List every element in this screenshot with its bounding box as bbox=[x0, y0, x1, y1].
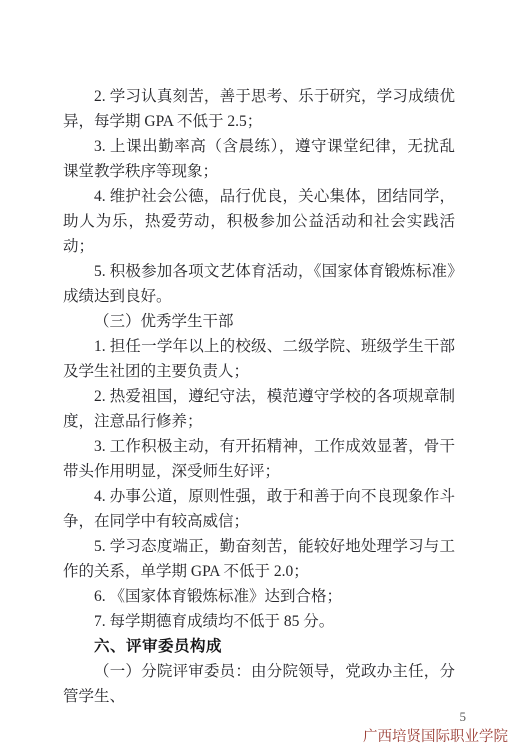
paragraph: 2. 热爱祖国，遵纪守法，模范遵守学校的各项规章制度，注意品行修养； bbox=[63, 384, 455, 434]
school-name-watermark: 广西培贤国际职业学院 bbox=[363, 725, 508, 746]
paragraph: 3. 工作积极主动，有开拓精神，工作成效显著，骨干带头作用明显，深受师生好评； bbox=[63, 434, 455, 484]
paragraph: 3. 上课出勤率高（含晨练），遵守课堂纪律，无扰乱课堂教学秩序等现象； bbox=[63, 134, 455, 184]
paragraph: 5. 积极参加各项文艺体育活动，《国家体育锻炼标准》成绩达到良好。 bbox=[63, 259, 455, 309]
paragraph: 4. 维护社会公德，品行优良，关心集体，团结同学，助人为乐，热爱劳动，积极参加公… bbox=[63, 184, 455, 259]
paragraph: （一）分院评审委员：由分院领导，党政办主任，分管学生、 bbox=[63, 659, 455, 709]
section-heading: 六、评审委员构成 bbox=[63, 634, 455, 659]
paragraph: 6. 《国家体育锻炼标准》达到合格； bbox=[63, 584, 455, 609]
document-page: 2. 学习认真刻苦，善于思考、乐于研究，学习成绩优异，每学期 GPA 不低于 2… bbox=[0, 0, 516, 752]
paragraph: 4. 办事公道，原则性强，敢于和善于向不良现象作斗争，在同学中有较高威信； bbox=[63, 484, 455, 534]
paragraph: 5. 学习态度端正，勤奋刻苦，能较好地处理学习与工作的关系，单学期 GPA 不低… bbox=[63, 534, 455, 584]
paragraph: 2. 学习认真刻苦，善于思考、乐于研究，学习成绩优异，每学期 GPA 不低于 2… bbox=[63, 84, 455, 134]
paragraph: （三）优秀学生干部 bbox=[63, 309, 455, 334]
paragraph: 1. 担任一学年以上的校级、二级学院、班级学生干部及学生社团的主要负责人； bbox=[63, 334, 455, 384]
page-number: 5 bbox=[460, 709, 467, 725]
document-body: 2. 学习认真刻苦，善于思考、乐于研究，学习成绩优异，每学期 GPA 不低于 2… bbox=[63, 84, 455, 709]
paragraph: 7. 每学期德育成绩均不低于 85 分。 bbox=[63, 609, 455, 634]
